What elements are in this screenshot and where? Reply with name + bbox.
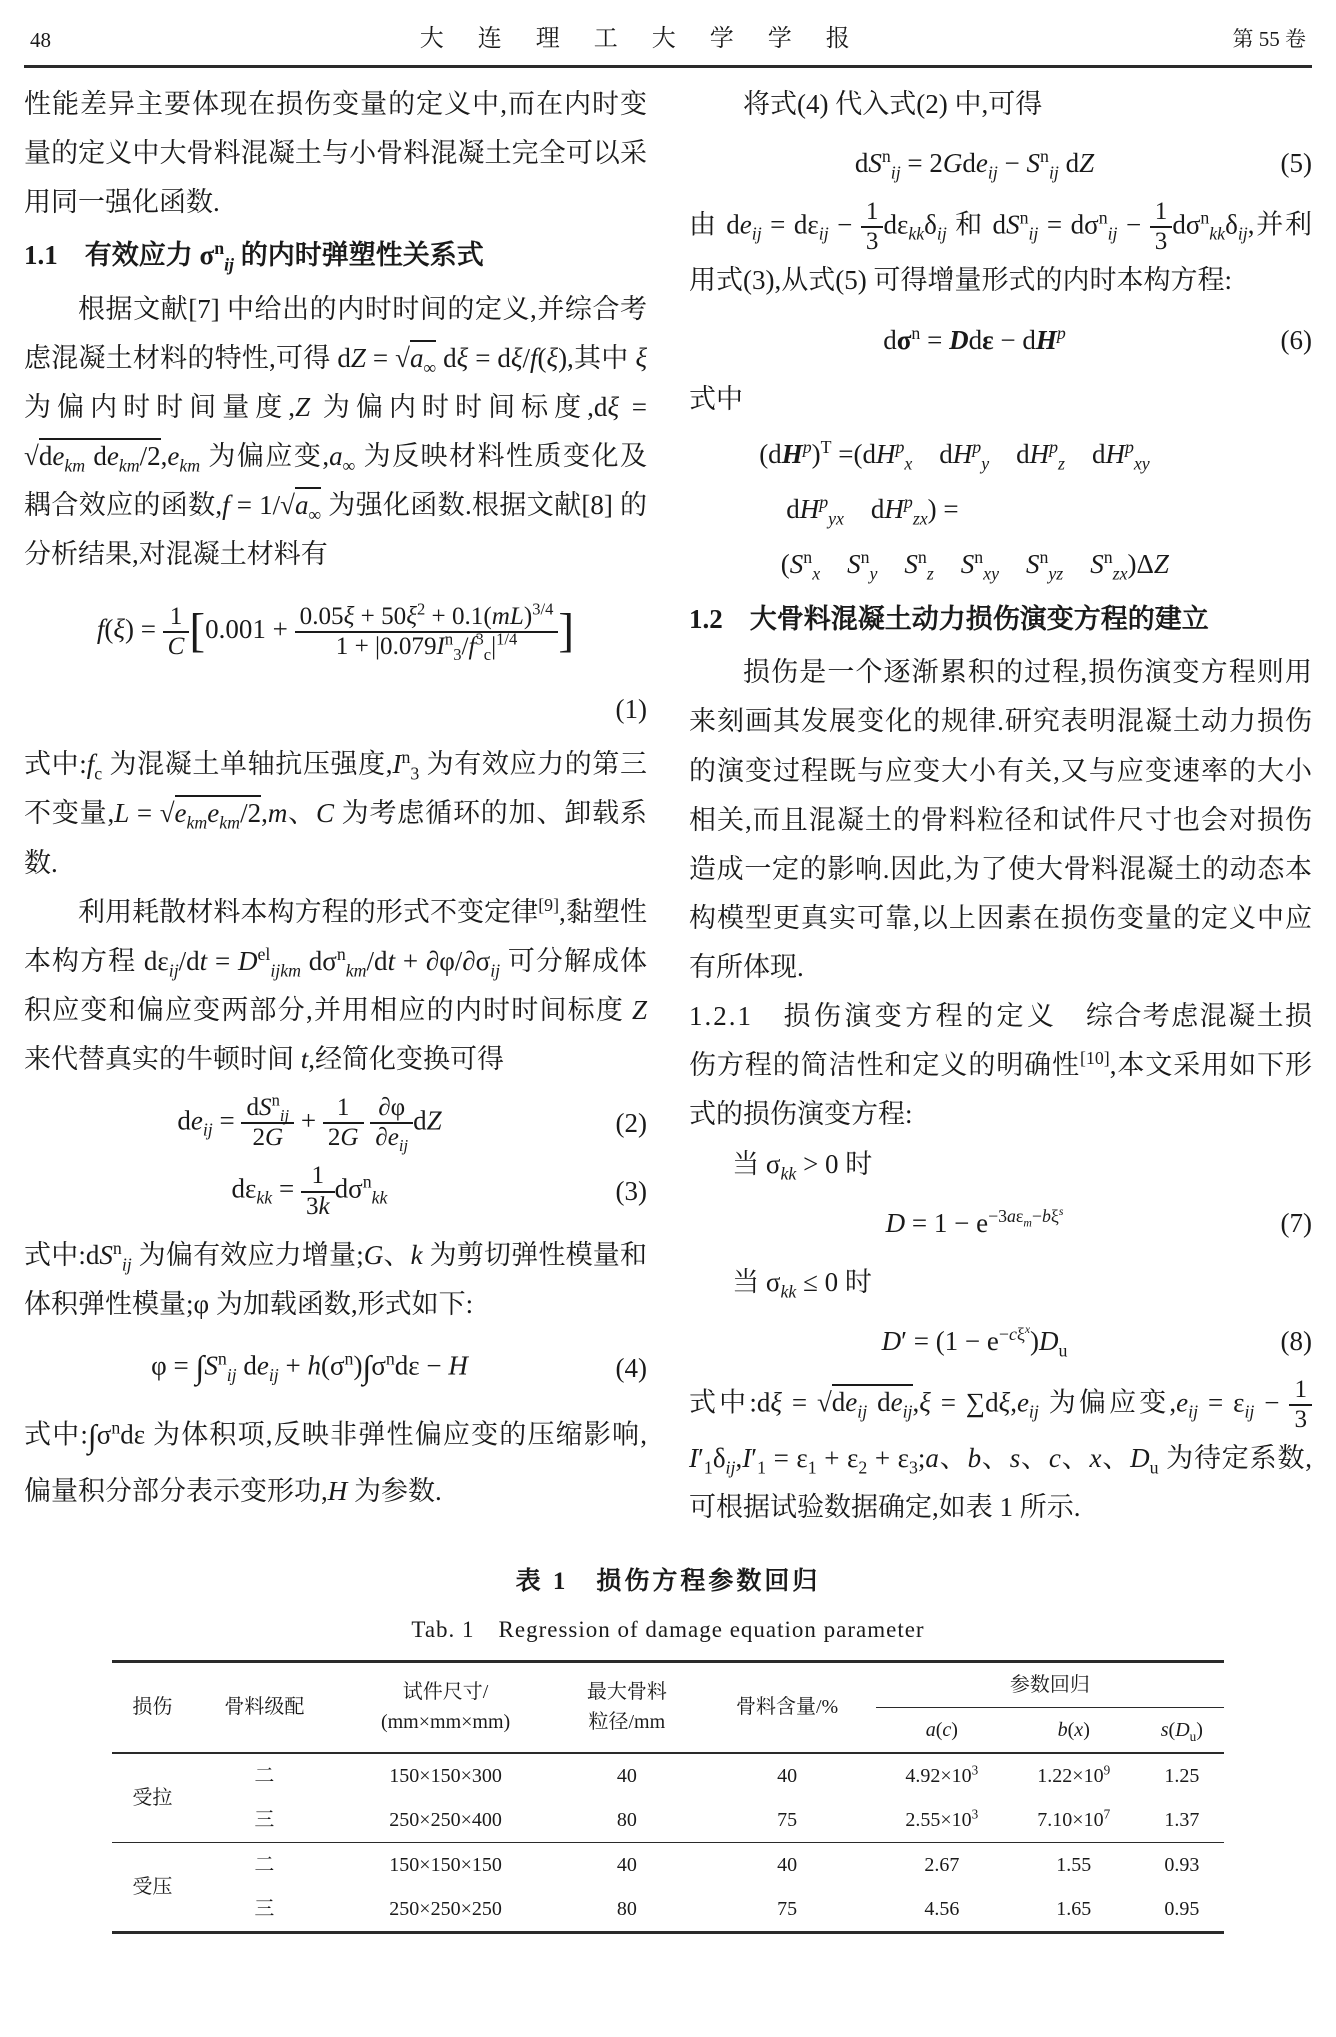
col-header-b: b(x): [1008, 1707, 1140, 1753]
condition-line: 当 σkk ≤ 0 时: [689, 1258, 1312, 1307]
cell-b: 1.65: [1008, 1887, 1140, 1933]
running-head: 48 大 连 理 工 大 学 学 报 第 55 卷: [0, 0, 1336, 59]
col-header-max-aggregate: 最大骨料粒径/mm: [555, 1661, 698, 1753]
table-row: 三 250×250×400 80 75 2.55×103 7.10×107 1.…: [112, 1798, 1224, 1843]
cell-a: 4.56: [876, 1887, 1008, 1933]
journal-title: 大 连 理 工 大 学 学 报: [420, 18, 864, 53]
equation-number: (6): [1260, 316, 1312, 365]
equation-body: dSnij = 2Gdeij − Snij dZ: [689, 139, 1260, 188]
equation-3: dεkk = 13kdσnkk (3): [24, 1162, 647, 1220]
cell-grade: 三: [193, 1798, 336, 1843]
equation-H-line3: (Snx Sny Snz Snxy Snyz Snzx)ΔZ: [689, 540, 1312, 589]
equation-7: D = 1 − e−3aεm−bξs (7): [689, 1199, 1312, 1248]
cell-s: 0.95: [1140, 1887, 1224, 1933]
equation-H-line2: dHpyx dHpzx) =: [689, 485, 1312, 534]
cell-b: 7.10×107: [1008, 1798, 1140, 1843]
equation-body: dσn = Ddε − dHp: [689, 316, 1260, 365]
cell-b: 1.22×109: [1008, 1753, 1140, 1798]
equation-1: f(ξ) = 1C[0.001 + 0.05ξ + 50ξ2 + 0.1(mL)…: [24, 589, 647, 675]
cell-grade: 三: [193, 1887, 336, 1933]
col-header-size: 试件尺寸/(mm×mm×mm): [336, 1661, 556, 1753]
cell-content: 75: [698, 1798, 876, 1843]
table-block: 表 1 损伤方程参数回归 Tab. 1 Regression of damage…: [0, 1561, 1336, 1934]
paper-page: 48 大 连 理 工 大 学 学 报 第 55 卷 性能差异主要体现在损伤变量的…: [0, 0, 1336, 2037]
cell-max-aggregate: 80: [555, 1887, 698, 1933]
col-header-a: a(c): [876, 1707, 1008, 1753]
cell-s: 1.37: [1140, 1798, 1224, 1843]
col-header-s: s(Du): [1140, 1707, 1224, 1753]
equation-number: (2): [595, 1099, 647, 1148]
cell-size: 250×250×250: [336, 1887, 556, 1933]
cell-grade: 二: [193, 1753, 336, 1798]
equation-1-number: (1): [24, 685, 647, 734]
cell-content: 40: [698, 1753, 876, 1798]
equation-body: D = 1 − e−3aεm−bξs: [689, 1199, 1260, 1248]
col-header-grading: 骨料级配: [193, 1661, 336, 1753]
paragraph-intro: 性能差异主要体现在损伤变量的定义中,而在内时变量的定义中大骨料混凝土与小骨料混凝…: [24, 80, 647, 227]
section-title: 有效应力 σnij 的内时弹塑性关系式: [85, 240, 484, 270]
paragraph: 损伤是一个逐渐累积的过程,损伤演变方程则用来刻画其发展变化的规律.研究表明混凝土…: [689, 648, 1312, 992]
equation-body: dεkk = 13kdσnkk: [24, 1162, 595, 1220]
paragraph: 式中:dξ = √deij deij,ξ = ∑dξ,eij 为偏应变,eij …: [689, 1376, 1312, 1532]
table-row: 受拉 二 150×150×300 40 40 4.92×103 1.22×109…: [112, 1753, 1224, 1798]
equation-number: (8): [1260, 1317, 1312, 1366]
cell-b: 1.55: [1008, 1842, 1140, 1887]
cell-max-aggregate: 40: [555, 1753, 698, 1798]
cell-grade: 二: [193, 1842, 336, 1887]
volume-label: 第 55 卷: [1233, 23, 1307, 53]
table-body: 受拉 二 150×150×300 40 40 4.92×103 1.22×109…: [112, 1753, 1224, 1933]
cell-content: 40: [698, 1842, 876, 1887]
paragraph: 利用耗散材料本构方程的形式不变定律[9],黏塑性本构方程 dεij/dt = D…: [24, 888, 647, 1085]
right-column: 将式(4) 代入式(2) 中,可得 dSnij = 2Gdeij − Snij …: [689, 80, 1312, 1533]
cell-a: 4.92×103: [876, 1753, 1008, 1798]
paragraph: 根据文献[7] 中给出的内时时间的定义,并综合考虑混凝土材料的特性,可得 dZ …: [24, 285, 647, 580]
cell-s: 0.93: [1140, 1842, 1224, 1887]
section-number: 1.1: [24, 240, 58, 270]
equation-body: D′ = (1 − e−cξx)Du: [689, 1317, 1260, 1366]
paragraph: 式中:dSnij 为偏有效应力增量;G、k 为剪切弹性模量和体积弹性模量;φ 为…: [24, 1231, 647, 1329]
cell-max-aggregate: 80: [555, 1798, 698, 1843]
cell-s: 1.25: [1140, 1753, 1224, 1798]
equation-number: (4): [595, 1344, 647, 1393]
section-heading-1-2: 1.2大骨料混凝土动力损伤演变方程的建立: [689, 595, 1312, 644]
table-caption-en: Tab. 1 Regression of damage equation par…: [0, 1611, 1336, 1644]
equation-number: (3): [595, 1167, 647, 1216]
equation-6: dσn = Ddε − dHp (6): [689, 316, 1312, 365]
subsection-heading-1-2-1: 1.2.1 损伤演变方程的定义 综合考虑混凝土损伤方程的简洁性和定义的明确性[1…: [689, 992, 1312, 1139]
cell-damage-group: 受压: [112, 1842, 193, 1932]
col-header-param-group: 参数回归: [876, 1661, 1224, 1707]
cell-damage-group: 受拉: [112, 1753, 193, 1843]
paragraph: 式中:fc 为混凝土单轴抗压强度,In3 为有效应力的第三不变量,L = √ek…: [24, 740, 647, 887]
paragraph: 由 deij = dεij − 13dεkkδij 和 dSnij = dσni…: [689, 198, 1312, 305]
equation-body: φ = ∫Snij deij + h(σn)∫σndε − H: [24, 1339, 595, 1398]
left-column: 性能差异主要体现在损伤变量的定义中,而在内时变量的定义中大骨料混凝土与小骨料混凝…: [24, 80, 647, 1533]
equation-H-line1: (dHp)T =(dHpx dHpy dHpz dHpxy: [689, 430, 1312, 479]
col-header-damage: 损伤: [112, 1661, 193, 1753]
equation-5: dSnij = 2Gdeij − Snij dZ (5): [689, 139, 1312, 188]
section-number: 1.2: [689, 604, 723, 634]
cell-a: 2.55×103: [876, 1798, 1008, 1843]
cell-a: 2.67: [876, 1842, 1008, 1887]
equation-4: φ = ∫Snij deij + h(σn)∫σndε − H (4): [24, 1339, 647, 1398]
condition-line: 当 σkk > 0 时: [689, 1140, 1312, 1189]
equation-body: deij = dSnij2G + 12G ∂φ∂eijdZ: [24, 1094, 595, 1152]
equation-body: f(ξ) = 1C[0.001 + 0.05ξ + 50ξ2 + 0.1(mL)…: [24, 589, 647, 675]
table-header: 损伤 骨料级配 试件尺寸/(mm×mm×mm) 最大骨料粒径/mm 骨料含量/%…: [112, 1661, 1224, 1753]
cell-size: 150×150×150: [336, 1842, 556, 1887]
cell-max-aggregate: 40: [555, 1842, 698, 1887]
equation-number: (5): [1260, 139, 1312, 188]
table-row: 三 250×250×250 80 75 4.56 1.65 0.95: [112, 1887, 1224, 1933]
section-heading-1-1: 1.1有效应力 σnij 的内时弹塑性关系式: [24, 231, 647, 280]
paragraph: 将式(4) 代入式(2) 中,可得: [689, 80, 1312, 129]
damage-parameter-table: 损伤 骨料级配 试件尺寸/(mm×mm×mm) 最大骨料粒径/mm 骨料含量/%…: [112, 1660, 1224, 1934]
paragraph: 式中:∫σndε 为体积项,反映非弹性偏应变的压缩影响,偏量积分部分表示变形功,…: [24, 1408, 647, 1516]
body-columns: 性能差异主要体现在损伤变量的定义中,而在内时变量的定义中大骨料混凝土与小骨料混凝…: [0, 68, 1336, 1533]
paragraph: 式中: [689, 375, 1312, 424]
equation-2: deij = dSnij2G + 12G ∂φ∂eijdZ (2): [24, 1094, 647, 1152]
section-title: 大骨料混凝土动力损伤演变方程的建立: [750, 604, 1209, 634]
page-number: 48: [30, 28, 51, 53]
table-row: 受压 二 150×150×150 40 40 2.67 1.55 0.93: [112, 1842, 1224, 1887]
equation-number: (7): [1260, 1199, 1312, 1248]
cell-size: 150×150×300: [336, 1753, 556, 1798]
table-caption-zh: 表 1 损伤方程参数回归: [0, 1561, 1336, 1597]
col-header-content: 骨料含量/%: [698, 1661, 876, 1753]
cell-content: 75: [698, 1887, 876, 1933]
cell-size: 250×250×400: [336, 1798, 556, 1843]
equation-8: D′ = (1 − e−cξx)Du (8): [689, 1317, 1312, 1366]
